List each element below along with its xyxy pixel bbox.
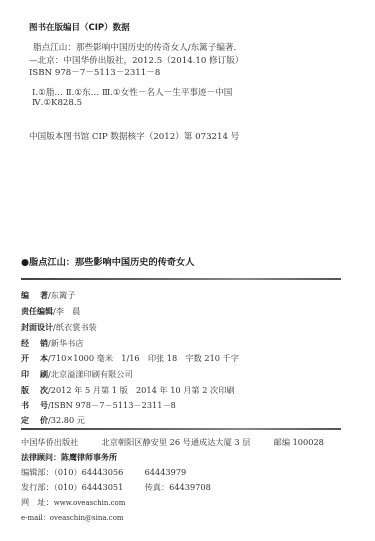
colophon-value: /北京溢漾印刷有限公司 xyxy=(48,369,133,380)
label-part: 开 xyxy=(21,353,29,364)
colophon-value: /2012 年 5 月第 1 版 2014 年 10 月第 2 次印刷 xyxy=(48,385,235,396)
cip-line-title: 脂点江山：那些影响中国历史的传奇女人/东篱子编著． xyxy=(33,41,242,53)
publisher-name: 中国华侨出版社 xyxy=(21,437,78,447)
colophon-value: /李 晨 xyxy=(53,306,80,317)
distribution-label: 发行部： xyxy=(21,482,54,492)
label-part: 印 xyxy=(21,369,29,380)
cip-verification: 中国版本图书馆 CIP 数据核字（2012）第 073214 号 xyxy=(29,130,239,142)
label: 责任编辑 xyxy=(21,306,53,317)
colophon-row-printer: 印刷 /北京溢漾印刷有限公司 xyxy=(21,369,133,380)
label-part: 编 xyxy=(21,290,29,301)
email-link[interactable]: oveaschin@sina.com xyxy=(50,514,124,522)
publisher-line: 中国华侨出版社 北京朝阳区静安里 26 号通成达大厦 3 层 邮编 100028 xyxy=(21,437,324,448)
label-part: 定 xyxy=(21,415,29,426)
colophon-row-editor: 责任编辑 /李 晨 xyxy=(21,306,80,317)
colophon-value: /32.80 元 xyxy=(48,415,85,426)
colophon-value: /ISBN 978－7－5113－2311－8 xyxy=(48,400,176,411)
colophon-row-edition: 版次 /2012 年 5 月第 1 版 2014 年 10 月第 2 次印刷 xyxy=(21,385,235,396)
cip-classification-1: Ⅰ.①脂… Ⅱ.①东… Ⅲ.①女性－名人－生平事迹－中国 xyxy=(32,86,232,98)
colophon-row-price: 定价 /32.80 元 xyxy=(21,415,85,426)
label-part: 销 xyxy=(40,338,48,349)
publisher-postcode: 邮编 100028 xyxy=(274,437,324,447)
legal-value: 陈鹰律师事务所 xyxy=(61,453,117,462)
colophon-row-cover: 封面设计 /纸衣裳书装 xyxy=(21,322,97,333)
email-label: e-mail： xyxy=(21,514,50,522)
label-part: 号 xyxy=(40,400,48,411)
website-label: 网 址： xyxy=(21,497,54,507)
label-part: 刷 xyxy=(40,369,48,380)
publisher-address: 北京朝阳区静安里 26 号通成达大厦 3 层 xyxy=(102,437,251,447)
colophon-value: /纸衣裳书装 xyxy=(53,322,97,333)
cip-line-publisher: —北京：中国华侨出版社，2012.5（2014.10 修订版） xyxy=(29,54,243,66)
label-part: 版 xyxy=(21,385,29,396)
divider-bottom xyxy=(21,428,341,430)
label-part: 本 xyxy=(40,353,48,364)
colophon-row-isbn: 书号 /ISBN 978－7－5113－2311－8 xyxy=(21,400,176,411)
label-part: 次 xyxy=(40,385,48,396)
website-link[interactable]: www.oveaschin.com xyxy=(54,499,126,507)
colophon-value: /710×1000 毫米 1/16 印张 18 字数 210 千字 xyxy=(48,353,239,364)
cip-classification-2: Ⅳ.①K828.5 xyxy=(32,98,82,108)
colophon-row-distributor: 经销 /新华书店 xyxy=(21,338,84,349)
email-line: e-mail：oveaschin@sina.com xyxy=(21,512,124,523)
label: 封面设计 xyxy=(21,322,53,333)
divider-top xyxy=(21,278,341,280)
fax: 传真：64439708 xyxy=(145,482,211,492)
colophon-row-format: 开本 /710×1000 毫米 1/16 印张 18 字数 210 千字 xyxy=(21,353,239,364)
cip-line-isbn: ISBN 978－7－5113－2311－8 xyxy=(29,66,160,78)
legal-label: 法律顾问： xyxy=(21,453,61,462)
editorial-phone-1: （010）64443056 xyxy=(54,467,124,477)
distribution-phone: （010）64443051 xyxy=(54,482,124,492)
colophon-value: /新华书店 xyxy=(48,338,84,349)
editorial-phone-2: 64443979 xyxy=(145,467,187,477)
cip-heading: 图书在版编目（CIP）数据 xyxy=(29,21,130,33)
label-part: 著 xyxy=(40,290,48,301)
colophon-row-author: 编著 /东篱子 xyxy=(21,290,75,301)
colophon-value: /东篱子 xyxy=(48,290,75,301)
label-part: 经 xyxy=(21,338,29,349)
website-line: 网 址：www.oveaschin.com xyxy=(21,497,125,508)
editorial-label: 编辑部： xyxy=(21,467,54,477)
legal-line: 法律顾问：陈鹰律师事务所 xyxy=(21,452,117,463)
label-part: 书 xyxy=(21,400,29,411)
editorial-line: 编辑部：（010）64443056 64443979 xyxy=(21,467,186,478)
label-part: 价 xyxy=(40,415,48,426)
book-title: ●脂点江山：那些影响中国历史的传奇女人 xyxy=(21,254,194,268)
distribution-line: 发行部：（010）64443051 传真：64439708 xyxy=(21,482,211,493)
